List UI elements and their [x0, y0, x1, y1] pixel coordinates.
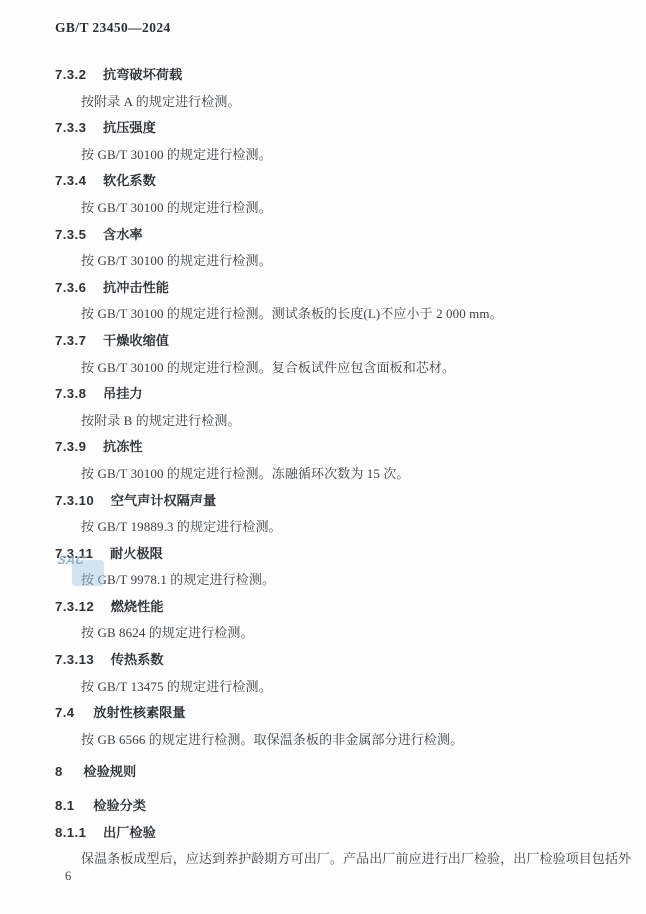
- section-number: 7.3.9: [55, 434, 86, 461]
- section-number: 7.3.4: [55, 168, 86, 195]
- section-number: 7.3.13: [55, 647, 94, 674]
- section-body-text: 按 GB 8624 的规定进行检测。: [55, 620, 621, 647]
- section-body-text: 按附录 A 的规定进行检测。: [55, 89, 621, 116]
- section-body-text: 按 GB/T 13475 的规定进行检测。: [55, 674, 621, 701]
- section: 7.3.8 吊挂力 按附录 B 的规定进行检测。: [55, 381, 621, 434]
- section-heading: 7.3.6 抗冲击性能: [55, 275, 621, 302]
- section-number: 7.3.8: [55, 381, 86, 408]
- page-number: 6: [65, 869, 71, 884]
- section: 8.1 检验分类: [55, 793, 621, 820]
- section-number: 7.3.11: [55, 541, 93, 568]
- section-number: 7.4: [55, 700, 75, 727]
- section-body-text: 按 GB 6566 的规定进行检测。取保温条板的非金属部分进行检测。: [55, 727, 621, 754]
- section: 7.4 放射性核素限量 按 GB 6566 的规定进行检测。取保温条板的非金属部…: [55, 700, 621, 753]
- section-heading: 8.1.1 出厂检验: [55, 820, 621, 847]
- section-heading: 7.3.11 耐火极限: [55, 541, 621, 568]
- section: 7.3.11 耐火极限 按 GB/T 9978.1 的规定进行检测。: [55, 541, 621, 594]
- section-heading: 7.3.4 软化系数: [55, 168, 621, 195]
- section-title: 抗压强度: [103, 120, 156, 135]
- section: 7.3.2 抗弯破坏荷载 按附录 A 的规定进行检测。: [55, 62, 621, 115]
- section-title: 燃烧性能: [111, 599, 164, 614]
- document-page: GB/T 23450—2024 7.3.2 抗弯破坏荷载 按附录 A 的规定进行…: [0, 0, 646, 914]
- section: 7.3.3 抗压强度 按 GB/T 30100 的规定进行检测。: [55, 115, 621, 168]
- section-body-text: 按 GB/T 30100 的规定进行检测。测试条板的长度(L)不应小于 2 00…: [55, 301, 621, 328]
- section-title: 检验规则: [83, 764, 136, 779]
- section-body-text: 按 GB/T 30100 的规定进行检测。冻融循环次数为 15 次。: [55, 461, 621, 488]
- section-number: 8.1.1: [55, 820, 86, 847]
- section: 8 检验规则: [55, 759, 621, 786]
- section-heading: 7.3.13 传热系数: [55, 647, 621, 674]
- section-body-text: 按 GB/T 30100 的规定进行检测。复合板试件应包含面板和芯材。: [55, 355, 621, 382]
- section-heading: 7.3.8 吊挂力: [55, 381, 621, 408]
- section: 8.1.1 出厂检验 保温条板成型后，应达到养护龄期方可出厂。产品出厂前应进行出…: [55, 820, 621, 873]
- section-body-text: 按 GB/T 30100 的规定进行检测。: [55, 248, 621, 275]
- section: 7.3.9 抗冻性 按 GB/T 30100 的规定进行检测。冻融循环次数为 1…: [55, 434, 621, 487]
- section-number: 7.3.5: [55, 222, 86, 249]
- section-number: 8.1: [55, 793, 75, 820]
- section: 7.3.10 空气声计权隔声量 按 GB/T 19889.3 的规定进行检测。: [55, 488, 621, 541]
- section: 7.3.5 含水率 按 GB/T 30100 的规定进行检测。: [55, 222, 621, 275]
- section-body-text: 按 GB/T 30100 的规定进行检测。: [55, 142, 621, 169]
- section-number: 7.3.2: [55, 62, 86, 89]
- section: 7.3.6 抗冲击性能 按 GB/T 30100 的规定进行检测。测试条板的长度…: [55, 275, 621, 328]
- section-body-text: 按 GB/T 30100 的规定进行检测。: [55, 195, 621, 222]
- section-heading: 7.3.10 空气声计权隔声量: [55, 488, 621, 515]
- section-title: 传热系数: [111, 652, 164, 667]
- standard-number-header: GB/T 23450—2024: [55, 20, 171, 36]
- section-number: 8: [55, 759, 63, 786]
- section-body-text: 按 GB/T 9978.1 的规定进行检测。: [55, 567, 621, 594]
- section-title: 抗弯破坏荷载: [103, 67, 182, 82]
- section-body-text: 按 GB/T 19889.3 的规定进行检测。: [55, 514, 621, 541]
- section-body-text: 按附录 B 的规定进行检测。: [55, 408, 621, 435]
- section-title: 放射性核素限量: [93, 705, 185, 720]
- section: 7.3.13 传热系数 按 GB/T 13475 的规定进行检测。: [55, 647, 621, 700]
- section-body-text: 保温条板成型后，应达到养护龄期方可出厂。产品出厂前应进行出厂检验，出厂检验项目包…: [55, 846, 621, 873]
- section-number: 7.3.12: [55, 594, 94, 621]
- section-title: 耐火极限: [110, 546, 163, 561]
- section-heading: 7.3.7 干燥收缩值: [55, 328, 621, 355]
- section-title: 含水率: [103, 227, 143, 242]
- section-title: 抗冲击性能: [103, 280, 169, 295]
- section-number: 7.3.7: [55, 328, 86, 355]
- section-heading: 7.3.5 含水率: [55, 222, 621, 249]
- section-title: 空气声计权隔声量: [111, 493, 217, 508]
- section: 7.3.12 燃烧性能 按 GB 8624 的规定进行检测。: [55, 594, 621, 647]
- section-heading: 7.3.3 抗压强度: [55, 115, 621, 142]
- section-number: 7.3.3: [55, 115, 86, 142]
- section-heading: 7.3.2 抗弯破坏荷载: [55, 62, 621, 89]
- section-title: 吊挂力: [103, 386, 143, 401]
- section-title: 软化系数: [103, 173, 156, 188]
- document-content: 7.3.2 抗弯破坏荷载 按附录 A 的规定进行检测。 7.3.3 抗压强度 按…: [55, 62, 621, 873]
- section: 7.3.4 软化系数 按 GB/T 30100 的规定进行检测。: [55, 168, 621, 221]
- section-title: 检验分类: [93, 798, 146, 813]
- section-title: 出厂检验: [103, 825, 156, 840]
- section-title: 抗冻性: [103, 439, 143, 454]
- section-title: 干燥收缩值: [103, 333, 169, 348]
- section-number: 7.3.10: [55, 488, 94, 515]
- section-heading: 8.1 检验分类: [55, 793, 621, 820]
- section: 7.3.7 干燥收缩值 按 GB/T 30100 的规定进行检测。复合板试件应包…: [55, 328, 621, 381]
- section-heading: 8 检验规则: [55, 759, 621, 786]
- section-heading: 7.3.9 抗冻性: [55, 434, 621, 461]
- section-heading: 7.4 放射性核素限量: [55, 700, 621, 727]
- section-heading: 7.3.12 燃烧性能: [55, 594, 621, 621]
- section-number: 7.3.6: [55, 275, 86, 302]
